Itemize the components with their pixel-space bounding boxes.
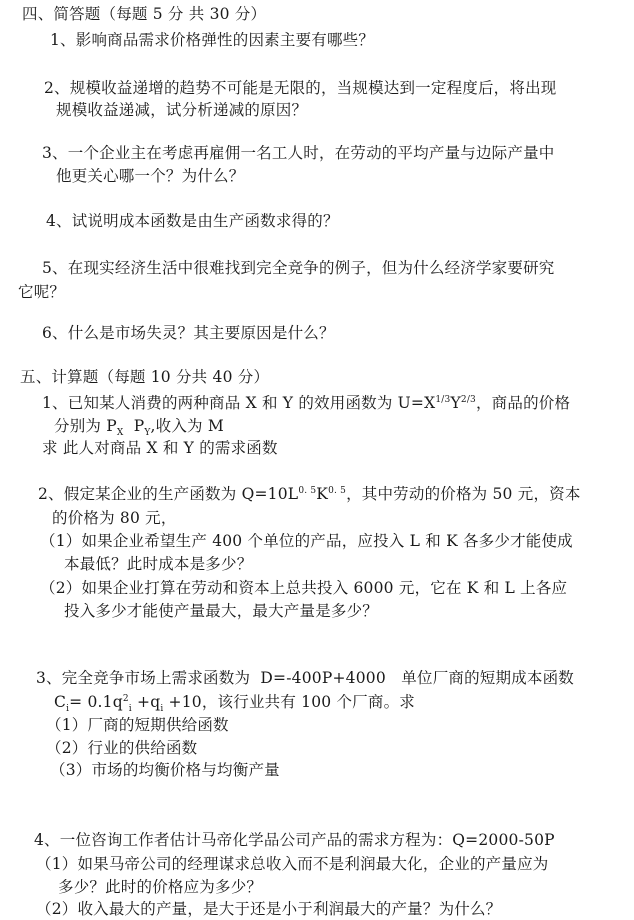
question-4-3-line2: 他更关心哪一个？为什么？ xyxy=(56,166,244,186)
calc-2-line1: 2、假定某企业的生产函数为 Q=10L0. 5K0. 5，其中劳动的价格为 50… xyxy=(38,484,581,504)
calc-1-text-y: Y xyxy=(450,394,460,412)
calc-3-q: = 0.1q xyxy=(69,693,123,711)
calc-1-exp-x: 1/3 xyxy=(435,395,450,405)
calc-3-part2: （2）行业的供给函数 xyxy=(46,738,197,758)
calc-1-text-b: ，商品的价格 xyxy=(476,394,570,412)
calc-1-line3: 求 此人对商品 X 和 Y 的需求函数 xyxy=(42,438,278,458)
calc-2-part1-line1: （1）如果企业希望生产 400 个单位的产品，应投入 L 和 K 各多少才能使成 xyxy=(40,531,573,551)
question-4-1: 1、影响商品需求价格弹性的因素主要有哪些？ xyxy=(50,30,374,50)
calc-2-text-k: K xyxy=(316,485,328,503)
calc-2-text-b: ，其中劳动的价格为 50 元，资本 xyxy=(346,485,580,503)
calc-2-part2-line1: （2）如果企业打算在劳动和资本上总共投入 6000 元，它在 K 和 L 上各应 xyxy=(40,578,567,598)
calc-4-part2: （2）收入最大的产量，是大于还是小于利润最大的产量？为什么？ xyxy=(36,899,501,919)
calc-4-part1-line2: 多少？此时的价格应为多少？ xyxy=(58,877,262,897)
calc-1-prices-label: 分别为 P xyxy=(54,417,117,435)
question-4-5-line2: 它呢？ xyxy=(18,282,65,302)
calc-2-part1-line2: 本最低？此时成本是多少？ xyxy=(64,554,252,574)
calc-4-part1-line1: （1）如果马帝公司的经理谋求总收入而不是利润最大化，企业的产量应为 xyxy=(36,854,548,874)
question-4-2-line2: 规模收益递减，试分析递减的原因？ xyxy=(56,100,307,120)
calc-3-c: C xyxy=(54,693,66,711)
calc-1-line2: 分别为 PX PY,收入为 M xyxy=(54,416,224,436)
calc-1-line1: 1、已知某人消费的两种商品 X 和 Y 的效用函数为 U=X1/3Y2/3，商品… xyxy=(42,393,570,413)
calc-3-part1: （1）厂商的短期供给函数 xyxy=(46,715,229,735)
calc-1-py: P xyxy=(123,417,144,435)
section-4-title: 四、简答题（每题 5 分 共 30 分） xyxy=(22,4,266,24)
exam-page: 四、简答题（每题 5 分 共 30 分） 1、影响商品需求价格弹性的因素主要有哪… xyxy=(0,0,634,920)
section-5-title: 五、计算题（每题 10 分共 40 分） xyxy=(20,367,269,387)
calc-3-part3: （3）市场的均衡价格与均衡产量 xyxy=(50,760,280,780)
calc-2-line2: 的价格为 80 元， xyxy=(52,508,177,528)
calc-2-text-a: 2、假定某企业的生产函数为 Q=10L xyxy=(38,485,298,503)
calc-1-income: ,收入为 M xyxy=(151,417,224,435)
calc-2-part2-line2: 投入多少才能使产量最大，最大产量是多少？ xyxy=(64,601,378,621)
calc-4-line1: 4、一位咨询工作者估计马帝化学品公司产品的需求方程为：Q=2000-50P xyxy=(34,830,555,850)
question-4-5-line1: 5、在现实经济生活中很难找到完全竞争的例子，但为什么经济学家要研究 xyxy=(42,258,554,278)
question-4-3-line1: 3、一个企业主在考虑再雇佣一名工人时，在劳动的平均产量与边际产量中 xyxy=(42,143,554,163)
calc-3-line1: 3、完全竞争市场上需求函数为 D=-400P+4000 单位厂商的短期成本函数 xyxy=(36,668,574,688)
question-4-2-line1: 2、规模收益递增的趋势不可能是无限的，当规模达到一定程度后，将出现 xyxy=(44,78,556,98)
question-4-6: 6、什么是市场失灵？其主要原因是什么？ xyxy=(42,323,335,343)
calc-1-text-a: 1、已知某人消费的两种商品 X 和 Y 的效用函数为 U=X xyxy=(42,394,435,412)
calc-3-text-b: +10，该行业共有 100 个厂商。求 xyxy=(163,693,415,711)
calc-2-exp-l: 0. 5 xyxy=(298,486,316,496)
calc-3-q-sup: 2 xyxy=(123,694,129,704)
calc-3-line2: Ci= 0.1q2i +qi +10，该行业共有 100 个厂商。求 xyxy=(54,692,415,712)
calc-3-q2: +q xyxy=(132,693,160,711)
calc-2-exp-k: 0. 5 xyxy=(328,486,346,496)
calc-1-exp-y: 2/3 xyxy=(461,395,476,405)
question-4-4: 4、试说明成本函数是由生产函数求得的？ xyxy=(46,211,339,231)
